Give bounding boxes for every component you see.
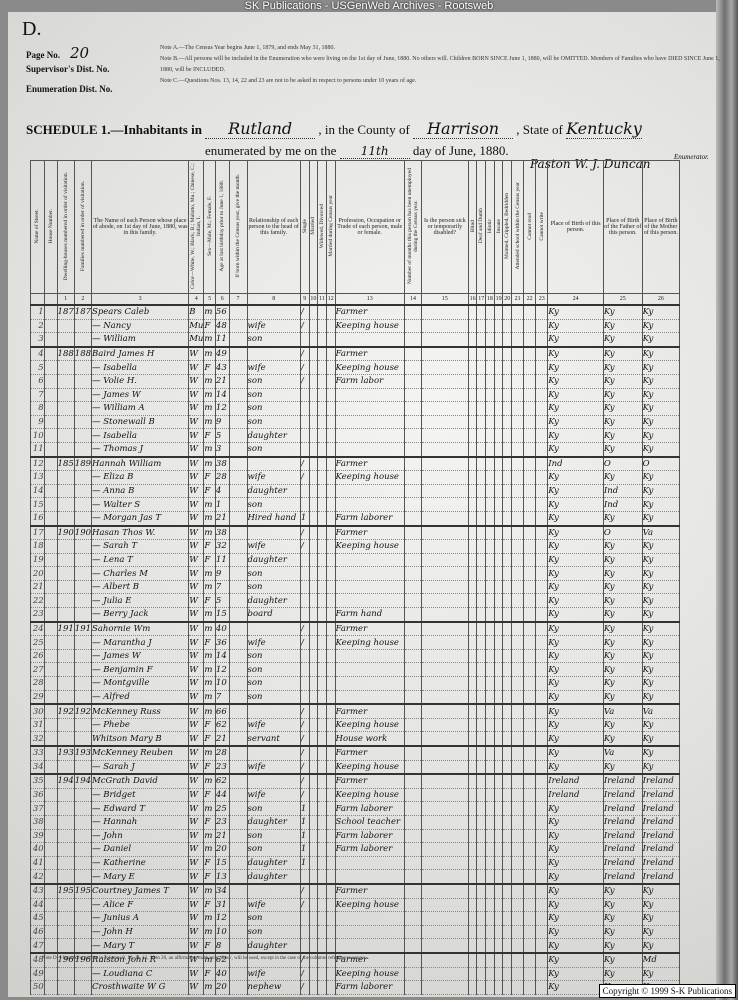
cell-empty — [536, 319, 548, 333]
cell-b: Ky — [548, 718, 604, 732]
cell-color: W — [189, 967, 204, 981]
cell-empty — [44, 511, 57, 525]
cell-empty — [486, 305, 495, 319]
cell-b: Ky — [548, 374, 604, 388]
cell-civ — [300, 498, 309, 512]
cell-age: 15 — [215, 856, 229, 870]
cell-empty — [503, 374, 512, 388]
cell-dw — [57, 415, 74, 429]
cell-empty — [229, 388, 247, 402]
cell-empty — [477, 457, 486, 471]
cell-empty — [404, 526, 421, 540]
cell-empty — [512, 567, 524, 581]
cell-bm: Va — [642, 526, 679, 540]
cell-sex: m — [204, 622, 216, 636]
cell-empty — [422, 815, 469, 829]
cell-occ — [335, 925, 404, 939]
cell-rel: son — [247, 677, 300, 691]
cell-empty — [503, 388, 512, 402]
cell-empty — [318, 788, 327, 802]
cell-empty — [512, 939, 524, 953]
cell-b: Ky — [548, 898, 604, 912]
cell-b: Ky — [548, 429, 604, 443]
cell-empty — [326, 884, 335, 898]
cell-empty — [318, 594, 327, 608]
cell-empty — [503, 760, 512, 774]
cell-empty — [468, 498, 477, 512]
cell-empty — [536, 829, 548, 843]
cell-empty — [318, 442, 327, 456]
cell-name: — Sarah T — [92, 540, 189, 554]
cell-empty — [422, 788, 469, 802]
cell-civ — [300, 429, 309, 443]
cell-empty — [422, 608, 469, 622]
cell-rel — [247, 622, 300, 636]
cell-empty — [512, 498, 524, 512]
cell-empty — [422, 388, 469, 402]
cell-empty — [468, 429, 477, 443]
cell-empty — [486, 843, 495, 857]
cell-bm: Ky — [642, 388, 679, 402]
col-header-birthplace: Place of Birth of this person. — [548, 161, 604, 294]
cell-name: — Anna B — [92, 484, 189, 498]
cell-empty — [422, 981, 469, 995]
cell-rel: son — [247, 690, 300, 704]
cell-fm: 194 — [74, 774, 91, 788]
cell-empty — [486, 498, 495, 512]
cell-bf: Ky — [603, 388, 642, 402]
archive-banner: SK Publications - USGenWeb Archives - Ro… — [0, 0, 738, 13]
cell-empty — [486, 526, 495, 540]
cell-b: Ky — [548, 953, 604, 967]
cell-empty — [229, 843, 247, 857]
county-value: Harrison — [413, 119, 513, 139]
cell-empty — [229, 939, 247, 953]
cell-empty — [309, 580, 318, 594]
cell-bm: Ky — [642, 912, 679, 926]
cell-empty — [524, 429, 536, 443]
cell-empty — [486, 788, 495, 802]
cell-civ — [300, 388, 309, 402]
cell-ln: 8 — [31, 402, 45, 416]
cell-b: Ky — [548, 912, 604, 926]
cell-empty — [536, 870, 548, 884]
cell-empty — [326, 774, 335, 788]
cell-dw — [57, 511, 74, 525]
cell-civ: 1 — [300, 856, 309, 870]
cell-empty — [422, 540, 469, 554]
cell-empty — [44, 388, 57, 402]
cell-fm — [74, 415, 91, 429]
cell-empty — [512, 704, 524, 718]
cell-civ: / — [300, 319, 309, 333]
cell-empty — [44, 361, 57, 375]
cell-empty — [503, 967, 512, 981]
cell-fm: 190 — [74, 526, 91, 540]
cell-age: 11 — [215, 553, 229, 567]
cell-empty — [318, 608, 327, 622]
cell-empty — [524, 690, 536, 704]
cell-fm — [74, 898, 91, 912]
cell-empty — [486, 939, 495, 953]
cell-sex: m — [204, 912, 216, 926]
cell-empty — [422, 967, 469, 981]
cell-bf: Ky — [603, 429, 642, 443]
cell-empty — [44, 636, 57, 650]
cell-empty — [422, 774, 469, 788]
cell-name: — Daniel — [92, 843, 189, 857]
cell-empty — [229, 636, 247, 650]
cell-rel: wife — [247, 718, 300, 732]
cell-empty — [477, 663, 486, 677]
cell-color: W — [189, 884, 204, 898]
cell-ln: 9 — [31, 415, 45, 429]
cell-bm: Ireland — [642, 829, 679, 843]
cell-b: Ky — [548, 622, 604, 636]
cell-dw — [57, 636, 74, 650]
cell-fm: 195 — [74, 884, 91, 898]
cell-empty — [326, 402, 335, 416]
cell-empty — [486, 484, 495, 498]
cell-sex: m — [204, 704, 216, 718]
cell-fm — [74, 361, 91, 375]
cell-empty — [318, 511, 327, 525]
cell-empty — [524, 718, 536, 732]
cell-occ — [335, 677, 404, 691]
cell-fm — [74, 429, 91, 443]
cell-empty — [422, 484, 469, 498]
cell-empty — [326, 760, 335, 774]
cell-empty — [309, 402, 318, 416]
cell-empty — [468, 690, 477, 704]
cell-empty — [326, 608, 335, 622]
cell-empty — [486, 457, 495, 471]
cell-empty — [524, 649, 536, 663]
cell-empty — [309, 718, 318, 732]
cell-ln: 15 — [31, 498, 45, 512]
cell-bf: Ky — [603, 663, 642, 677]
cell-b: Ky — [548, 732, 604, 746]
cell-empty — [468, 663, 477, 677]
cell-empty — [486, 856, 495, 870]
cell-empty — [404, 580, 421, 594]
cell-empty — [309, 939, 318, 953]
cell-empty — [326, 567, 335, 581]
cell-empty — [404, 732, 421, 746]
cell-ln: 10 — [31, 429, 45, 443]
cell-empty — [404, 415, 421, 429]
cell-empty — [309, 471, 318, 485]
cell-b: Ky — [548, 815, 604, 829]
cell-empty — [229, 870, 247, 884]
cell-empty — [468, 374, 477, 388]
cell-empty — [229, 677, 247, 691]
cell-empty — [44, 580, 57, 594]
cell-color: W — [189, 553, 204, 567]
cell-color: W — [189, 843, 204, 857]
table-row: 4188188Baird James HWm49/FarmerKyKyKy — [31, 347, 680, 361]
cell-empty — [468, 608, 477, 622]
cell-ln: 27 — [31, 663, 45, 677]
census-table: Name of Street. House Number. Dwelling-h… — [30, 160, 680, 995]
cell-empty — [524, 677, 536, 691]
table-row: 5— IsabellaWF43wife/Keeping houseKyKyKy — [31, 361, 680, 375]
cell-color: W — [189, 704, 204, 718]
cell-sex: F — [204, 484, 216, 498]
cell-empty — [486, 704, 495, 718]
cell-empty — [229, 622, 247, 636]
cell-empty — [309, 690, 318, 704]
cell-empty — [477, 829, 486, 843]
cell-empty — [318, 774, 327, 788]
cell-empty — [503, 939, 512, 953]
cell-ln: 49 — [31, 967, 45, 981]
cell-bf: Va — [603, 746, 642, 760]
cell-bf: Ind — [603, 498, 642, 512]
cell-empty — [536, 649, 548, 663]
cell-empty — [404, 540, 421, 554]
cell-rel — [247, 526, 300, 540]
cell-age: 3 — [215, 442, 229, 456]
cell-bf: Ky — [603, 553, 642, 567]
cell-empty — [512, 746, 524, 760]
cell-empty — [309, 649, 318, 663]
cell-bm: Ky — [642, 925, 679, 939]
cell-empty — [524, 967, 536, 981]
cell-occ — [335, 484, 404, 498]
cell-rel: wife — [247, 540, 300, 554]
cell-dw — [57, 594, 74, 608]
cell-empty — [309, 374, 318, 388]
cell-bf: Ky — [603, 967, 642, 981]
cell-empty — [404, 704, 421, 718]
cell-empty — [318, 374, 327, 388]
cell-name: — Lena T — [92, 553, 189, 567]
cell-rel: nephew — [247, 981, 300, 995]
cell-ln: 4 — [31, 347, 45, 361]
cell-empty — [536, 608, 548, 622]
cell-civ: / — [300, 718, 309, 732]
cell-empty — [404, 870, 421, 884]
cell-bf: Ky — [603, 402, 642, 416]
col-header-widowed: Widowed, Divorced — [318, 161, 327, 294]
table-row: 32Whitson Mary BWF21servant/House workKy… — [31, 732, 680, 746]
cell-color: W — [189, 594, 204, 608]
cell-empty — [494, 718, 503, 732]
cell-name: — Mary T — [92, 939, 189, 953]
cell-empty — [229, 457, 247, 471]
cell-fm — [74, 471, 91, 485]
cell-empty — [524, 925, 536, 939]
cell-empty — [229, 553, 247, 567]
cell-bf: Ky — [603, 540, 642, 554]
cell-empty — [229, 608, 247, 622]
cell-bm: Ky — [642, 663, 679, 677]
cell-empty — [512, 457, 524, 471]
cell-civ: / — [300, 732, 309, 746]
cell-empty — [494, 815, 503, 829]
cell-rel: son — [247, 829, 300, 843]
cell-dw — [57, 484, 74, 498]
cell-fm — [74, 484, 91, 498]
cell-bm: Ky — [642, 898, 679, 912]
cell-bm: Ky — [642, 347, 679, 361]
cell-empty — [318, 498, 327, 512]
cell-fm — [74, 540, 91, 554]
cell-rel: wife — [247, 898, 300, 912]
cell-occ: Keeping house — [335, 788, 404, 802]
cell-empty — [309, 388, 318, 402]
cell-empty — [477, 333, 486, 347]
cell-bm: Ky — [642, 319, 679, 333]
cell-bf: Ky — [603, 690, 642, 704]
cell-empty — [477, 746, 486, 760]
cell-ln: 50 — [31, 981, 45, 995]
cell-occ: Keeping house — [335, 540, 404, 554]
cell-empty — [494, 967, 503, 981]
cell-empty — [318, 746, 327, 760]
cell-name: — Thomas J — [92, 442, 189, 456]
cell-empty — [309, 319, 318, 333]
cell-empty — [318, 526, 327, 540]
cell-sex: m — [204, 526, 216, 540]
col-header-occupation: Profession, Occupation or Trade of each … — [335, 161, 404, 294]
cell-empty — [503, 856, 512, 870]
cell-empty — [309, 429, 318, 443]
cell-color: W — [189, 608, 204, 622]
cell-age: 62 — [215, 774, 229, 788]
cell-empty — [229, 649, 247, 663]
cell-empty — [318, 925, 327, 939]
cell-civ — [300, 567, 309, 581]
cell-fm — [74, 925, 91, 939]
cell-empty — [486, 415, 495, 429]
cell-empty — [503, 580, 512, 594]
cell-empty — [326, 442, 335, 456]
cell-bf: O — [603, 457, 642, 471]
cell-fm — [74, 856, 91, 870]
cell-empty — [503, 981, 512, 995]
cell-name: — James W — [92, 649, 189, 663]
cell-empty — [512, 677, 524, 691]
cell-empty — [486, 580, 495, 594]
cell-empty — [318, 718, 327, 732]
cell-ln: 26 — [31, 649, 45, 663]
cell-fm — [74, 870, 91, 884]
cell-empty — [468, 802, 477, 816]
cell-ln: 41 — [31, 856, 45, 870]
cell-empty — [536, 856, 548, 870]
cell-age: 20 — [215, 843, 229, 857]
cell-empty — [229, 361, 247, 375]
cell-empty — [404, 981, 421, 995]
cell-age: 13 — [215, 870, 229, 884]
table-row: 27— Benjamin FWm12sonKyKyKy — [31, 663, 680, 677]
cell-empty — [512, 388, 524, 402]
cell-empty — [503, 843, 512, 857]
cell-b: Ky — [548, 690, 604, 704]
cell-fm — [74, 788, 91, 802]
cell-b: Ky — [548, 553, 604, 567]
cell-empty — [404, 802, 421, 816]
cell-empty — [326, 636, 335, 650]
cell-sex: m — [204, 802, 216, 816]
cell-color: Mu — [189, 333, 204, 347]
table-row: 49— Loudiana CWF40wife/Keeping houseKyKy… — [31, 967, 680, 981]
cell-empty — [536, 746, 548, 760]
cell-empty — [404, 856, 421, 870]
cell-rel: son — [247, 580, 300, 594]
col-header-born-month: If born within the Census year, give the… — [229, 161, 247, 294]
cell-b: Ky — [548, 305, 604, 319]
cell-empty — [486, 608, 495, 622]
cell-empty — [468, 636, 477, 650]
cell-empty — [512, 884, 524, 898]
cell-empty — [468, 981, 477, 995]
cell-color: W — [189, 442, 204, 456]
cell-fm — [74, 718, 91, 732]
col-header-dwelling: Dwelling-houses numbered in order of vis… — [57, 161, 74, 294]
cell-empty — [422, 305, 469, 319]
cell-empty — [494, 553, 503, 567]
cell-empty — [536, 594, 548, 608]
cell-empty — [422, 939, 469, 953]
cell-empty — [44, 981, 57, 995]
cell-name: — John H — [92, 925, 189, 939]
cell-empty — [524, 953, 536, 967]
cell-empty — [468, 457, 477, 471]
cell-fm: 192 — [74, 704, 91, 718]
cell-empty — [512, 829, 524, 843]
cell-empty — [326, 471, 335, 485]
cell-empty — [486, 898, 495, 912]
cell-empty — [309, 484, 318, 498]
cell-bf: Ky — [603, 511, 642, 525]
table-row: 36— BridgetWF44wife/Keeping houseIreland… — [31, 788, 680, 802]
cell-empty — [229, 690, 247, 704]
cell-empty — [422, 361, 469, 375]
cell-ln: 43 — [31, 884, 45, 898]
cell-empty — [486, 649, 495, 663]
cell-empty — [326, 484, 335, 498]
cell-empty — [486, 760, 495, 774]
table-row: 42— Mary EWF13daughterKyIrelandIreland — [31, 870, 680, 884]
cell-bm: Ky — [642, 760, 679, 774]
cell-empty — [512, 553, 524, 567]
cell-empty — [477, 442, 486, 456]
cell-empty — [503, 471, 512, 485]
cell-empty — [422, 925, 469, 939]
cell-civ: / — [300, 760, 309, 774]
cell-empty — [326, 580, 335, 594]
cell-dw — [57, 442, 74, 456]
cell-dw: 194 — [57, 774, 74, 788]
cell-empty — [309, 608, 318, 622]
cell-empty — [309, 553, 318, 567]
cell-ln: 2 — [31, 319, 45, 333]
cell-empty — [229, 746, 247, 760]
cell-empty — [309, 361, 318, 375]
cell-age: 15 — [215, 608, 229, 622]
cell-empty — [536, 484, 548, 498]
cell-empty — [536, 690, 548, 704]
cell-empty — [44, 690, 57, 704]
cell-civ: 1 — [300, 829, 309, 843]
cell-occ: School teacher — [335, 815, 404, 829]
cell-empty — [494, 704, 503, 718]
cell-empty — [44, 526, 57, 540]
cell-bm: Ky — [642, 884, 679, 898]
